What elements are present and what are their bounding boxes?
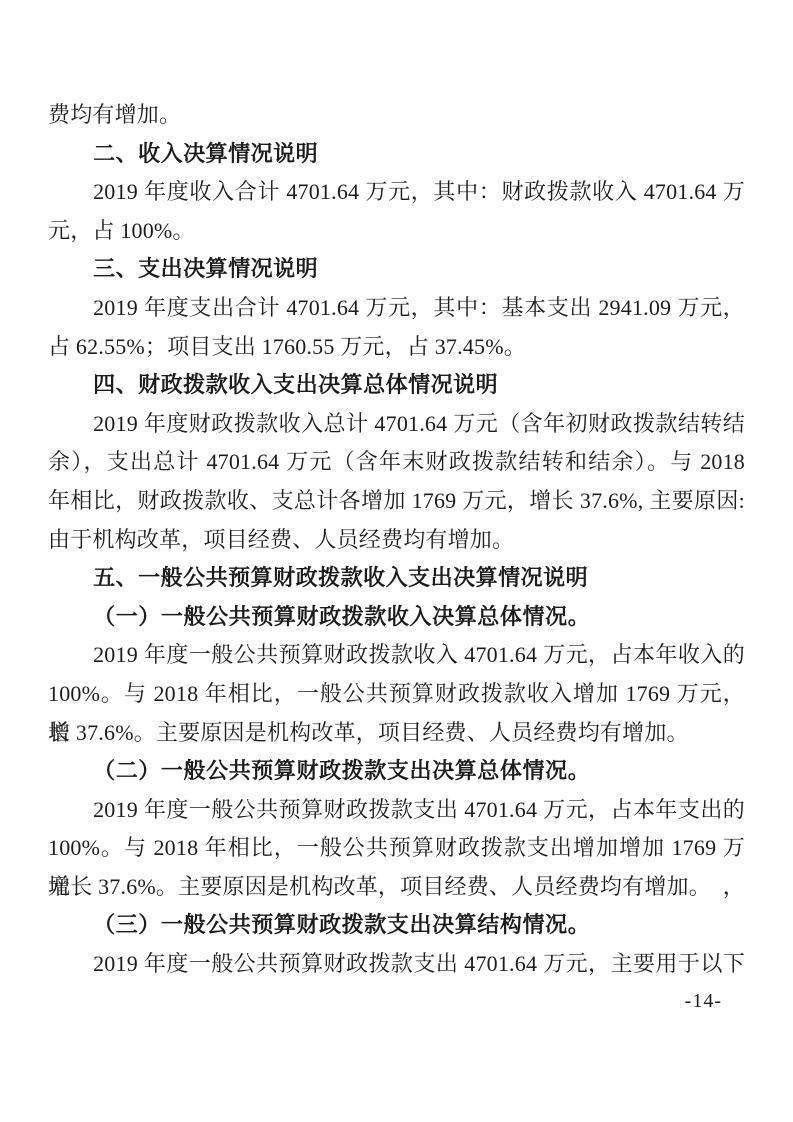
body-line: 长 37.6%。主要原因是机构改革，项目经费、人员经费均有增加。 (48, 714, 745, 753)
body-line: 余），支出总计 4701.64 万元（含年末财政拨款结转和结余）。与 2018 (48, 443, 745, 482)
body-line: 占 62.55%；项目支出 1760.55 万元，占 37.45%。 (48, 328, 745, 367)
body-line: 2019 年度收入合计 4701.64 万元，其中：财政拨款收入 4701.64… (48, 173, 745, 212)
body-line: 2019 年度支出合计 4701.64 万元，其中：基本支出 2941.09 万… (48, 289, 745, 328)
body-line: 2019 年度一般公共预算财政拨款支出 4701.64 万元，主要用于以下 (48, 945, 745, 984)
body-line: 2019 年度一般公共预算财政拨款支出 4701.64 万元，占本年支出的 (48, 791, 745, 830)
body-line: 由于机构改革，项目经费、人员经费均有增加。 (48, 521, 745, 560)
section-heading: 五、一般公共预算财政拨款收入支出决算情况说明 (48, 559, 745, 598)
body-line: 100%。与 2018 年相比，一般公共预算财政拨款支出增加增加 1769 万元… (48, 829, 745, 868)
body-line: 元，占 100%。 (48, 212, 745, 251)
body-line: 费均有增加。 (48, 96, 745, 135)
text-block: 费均有增加。 二、收入决算情况说明 2019 年度收入合计 4701.64 万元… (48, 96, 745, 984)
subsection-heading: （一）一般公共预算财政拨款收入决算总体情况。 (48, 598, 745, 637)
page-number: -14- (685, 990, 722, 1012)
subsection-heading: （三）一般公共预算财政拨款支出决算结构情况。 (48, 906, 745, 945)
subsection-heading: （二）一般公共预算财政拨款支出决算总体情况。 (48, 752, 745, 791)
body-line: 2019 年度一般公共预算财政拨款收入 4701.64 万元，占本年收入的 (48, 636, 745, 675)
document-page: 费均有增加。 二、收入决算情况说明 2019 年度收入合计 4701.64 万元… (0, 0, 793, 1122)
section-heading: 四、财政拨款收入支出决算总体情况说明 (48, 366, 745, 405)
section-heading: 三、支出决算情况说明 (48, 250, 745, 289)
body-line: 年相比，财政拨款收、支总计各增加 1769 万元，增长 37.6%, 主要原因: (48, 482, 745, 521)
body-line: 2019 年度财政拨款收入总计 4701.64 万元（含年初财政拨款结转结 (48, 405, 745, 444)
body-line: 100%。与 2018 年相比，一般公共预算财政拨款收入增加 1769 万元，增 (48, 675, 745, 714)
section-heading: 二、收入决算情况说明 (48, 135, 745, 174)
body-line: 增长 37.6%。主要原因是机构改革，项目经费、人员经费均有增加。 (48, 868, 745, 907)
